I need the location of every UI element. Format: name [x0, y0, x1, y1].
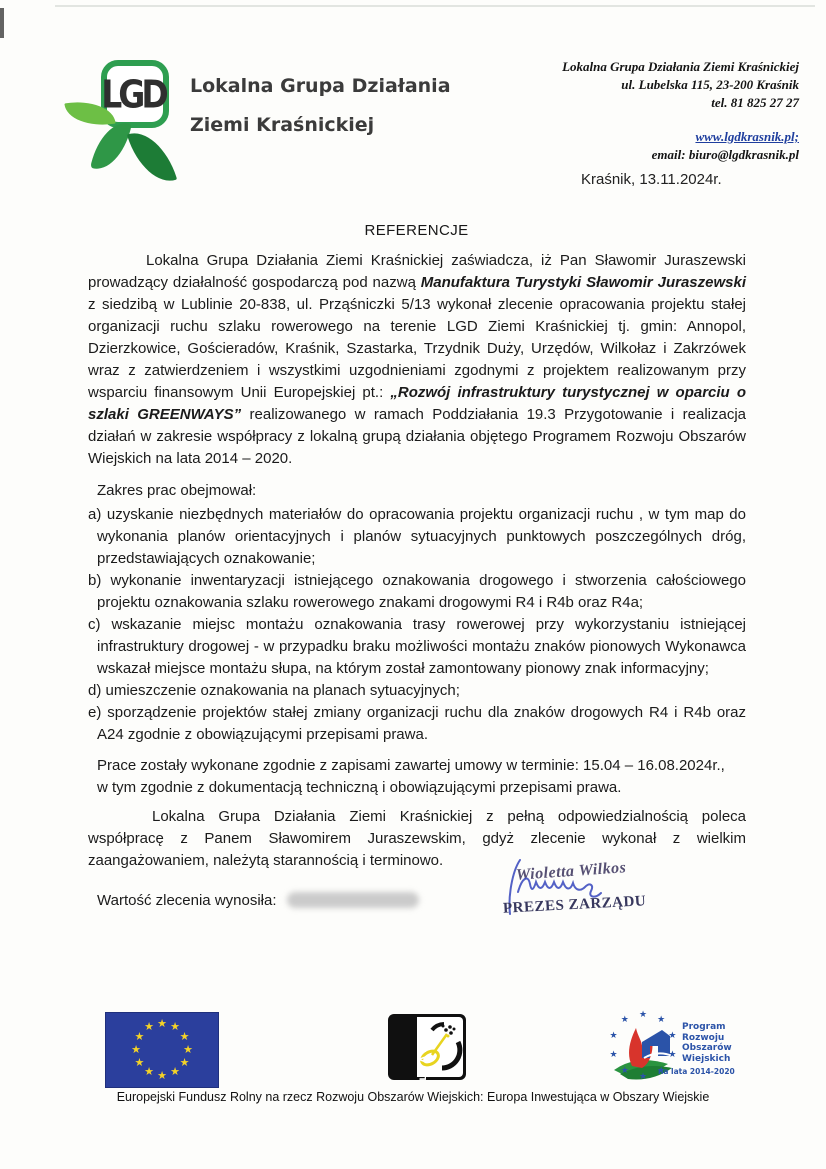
contact-block: Lokalna Grupa Działania Ziemi Kraśnickie…	[562, 58, 799, 164]
star-icon: ★	[656, 1014, 667, 1025]
star-icon: ★	[667, 1030, 678, 1041]
redacted-value	[287, 892, 419, 908]
star-icon: ★	[667, 1049, 678, 1060]
handwritten-signature	[498, 852, 648, 932]
prow-label-line: Wiejskich	[682, 1054, 732, 1065]
list-item-text: uzyskanie niezbędnych materiałów do opra…	[97, 506, 746, 567]
order-value-line: Wartość zlecenia wynosiła:	[97, 890, 746, 912]
document-date: Kraśnik, 13.11.2024r.	[581, 171, 722, 188]
list-marker: e)	[88, 704, 101, 721]
organization-name: Lokalna Grupa Działania Ziemi Kraśnickie…	[190, 75, 451, 136]
star-icon: ★	[131, 1045, 142, 1056]
scope-heading: Zakres prac obejmował:	[97, 480, 746, 502]
star-icon: ★	[608, 1030, 619, 1041]
star-icon: ★	[170, 1067, 181, 1078]
star-icon: ★	[619, 1065, 630, 1076]
scope-list: a) uzyskanie niezbędnych materiałów do o…	[88, 504, 746, 746]
prow-logo-icon: ★★★★★★★★★★ Program Rozwoju Obszarów Wiej…	[606, 1012, 766, 1090]
star-icon: ★	[157, 1071, 168, 1082]
list-marker: c)	[88, 616, 101, 633]
leader-logo-label: LEADER	[419, 1017, 429, 1080]
star-icon: ★	[179, 1032, 190, 1043]
contact-org-name: Lokalna Grupa Działania Ziemi Kraśnickie…	[562, 59, 799, 74]
list-marker: b)	[88, 572, 101, 589]
list-item: c) wskazanie miejsc montażu oznakowania …	[88, 614, 746, 680]
prow-label-line: Rozwoju	[682, 1033, 732, 1044]
organization-name-line1: Lokalna Grupa Działania	[190, 75, 451, 97]
list-marker: d)	[88, 682, 101, 699]
order-value-label: Wartość zlecenia wynosiła:	[97, 892, 277, 909]
document-title: REFERENCJE	[88, 222, 745, 239]
list-item: a) uzyskanie niezbędnych materiałów do o…	[88, 504, 746, 570]
contact-phone: tel. 81 825 27 27	[711, 95, 799, 110]
prow-label-line: Obszarów	[682, 1043, 732, 1054]
star-icon: ★	[638, 1071, 649, 1082]
star-icon: ★	[638, 1009, 649, 1020]
star-icon: ★	[144, 1067, 155, 1078]
eu-funding-statement: Europejski Fundusz Rolny na rzecz Rozwoj…	[0, 1090, 826, 1104]
star-icon: ★	[144, 1022, 155, 1033]
list-item: e) sporządzenie projektów stałej zmiany …	[88, 702, 746, 746]
leader-logo-icon: LEADER	[388, 1014, 466, 1080]
website-link[interactable]: www.lgdkrasnik.pl;	[562, 128, 799, 146]
intro-paragraph: Lokalna Grupa Działania Ziemi Kraśnickie…	[88, 250, 746, 470]
star-icon: ★	[608, 1049, 619, 1060]
prow-logo-years: na lata 2014-2020	[658, 1067, 735, 1076]
star-icon: ★	[134, 1032, 145, 1043]
scan-artifact-top-line	[55, 5, 815, 7]
star-icon: ★	[134, 1058, 145, 1069]
prow-label-line: Program	[682, 1022, 732, 1033]
organization-name-line2: Ziemi Kraśnickiej	[190, 114, 451, 136]
star-icon: ★	[183, 1045, 194, 1056]
leaf-icon	[127, 124, 177, 190]
star-icon: ★	[157, 1019, 168, 1030]
document-body: Lokalna Grupa Działania Ziemi Kraśnickie…	[88, 250, 746, 912]
contact-email: email: biuro@lgdkrasnik.pl	[562, 146, 799, 164]
contact-address: ul. Lubelska 115, 23-200 Kraśnik	[621, 77, 799, 92]
list-item-text: wykonanie inwentaryzacji istniejącego oz…	[97, 572, 746, 611]
star-icon: ★	[619, 1014, 630, 1025]
prow-logo-label: Program Rozwoju Obszarów Wiejskich	[682, 1022, 732, 1064]
scanned-reference-letter: LGD Lokalna Grupa Działania Ziemi Kraśni…	[0, 0, 826, 1169]
list-item: d) umieszczenie oznakowania na planach s…	[88, 680, 746, 702]
eu-flag-icon: ★★★★★★★★★★★★	[105, 1012, 219, 1088]
completion-paragraph: Prace zostały wykonane zgodnie z zapisam…	[97, 755, 727, 799]
list-item-text: umieszczenie oznakowania na planach sytu…	[106, 682, 460, 699]
list-item-text: sporządzenie projektów stałej zmiany org…	[97, 704, 746, 743]
star-icon: ★	[179, 1058, 190, 1069]
list-item-text: wskazanie miejsc montażu oznakowania tra…	[97, 616, 746, 677]
scan-artifact-corner-mark	[0, 8, 4, 38]
list-item: b) wykonanie inwentaryzacji istniejącego…	[88, 570, 746, 614]
list-marker: a)	[88, 506, 101, 523]
